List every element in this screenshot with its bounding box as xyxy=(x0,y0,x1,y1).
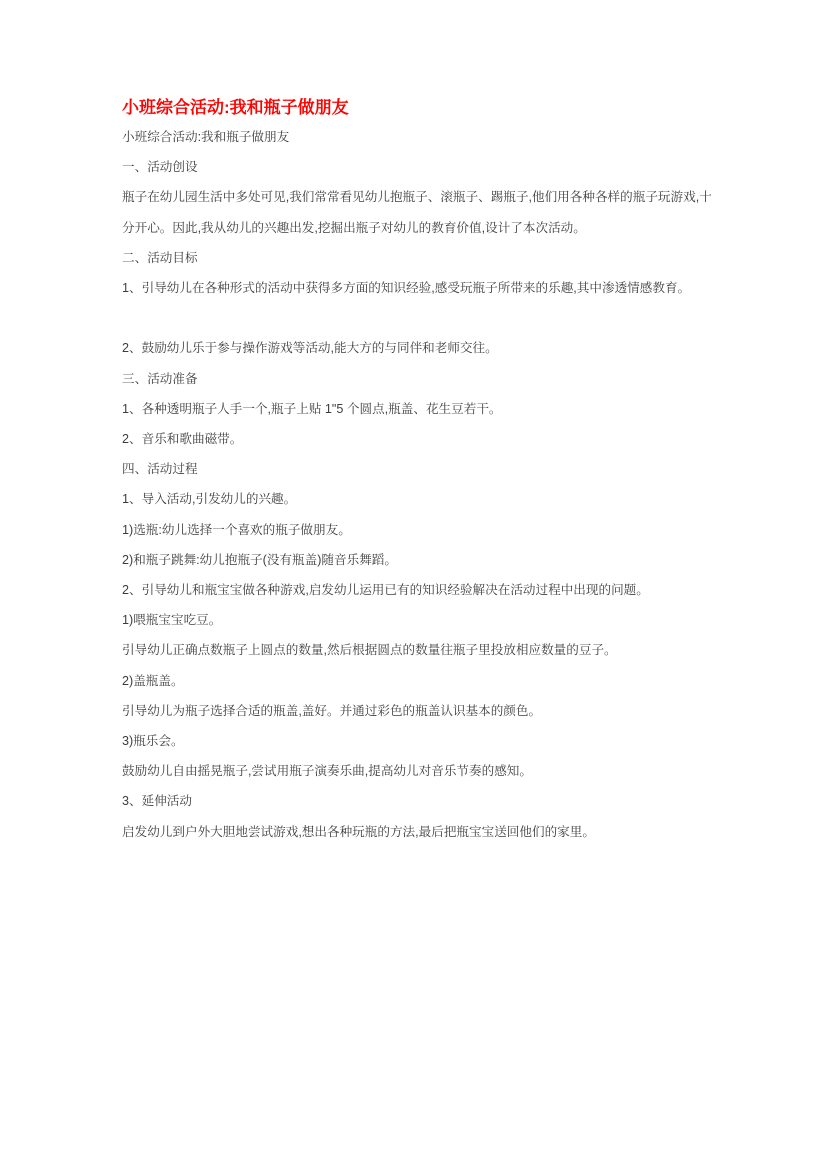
list-item-process-intro: 1、导入活动,引发幼儿的兴趣。 xyxy=(122,484,712,514)
doc-subtitle: 小班综合活动:我和瓶子做朋友 xyxy=(122,122,712,152)
section-heading-activity-origin: 一、活动创设 xyxy=(122,152,712,182)
document-content: 小班综合活动:我和瓶子做朋友 小班综合活动:我和瓶子做朋友 一、活动创设 瓶子在… xyxy=(122,97,712,847)
list-item-goal-1: 1、引导幼儿在各种形式的活动中获得多方面的知识经验,感受玩瓶子所带来的乐趣,其中… xyxy=(122,273,712,303)
sub-item-bottle-concert: 3)瓶乐会。 xyxy=(122,726,712,756)
document-title: 小班综合活动:我和瓶子做朋友 xyxy=(122,97,712,119)
paragraph-extension-detail: 启发幼儿到户外大胆地尝试游戏,想出各种玩瓶的方法,最后把瓶宝宝送回他们的家里。 xyxy=(122,817,712,847)
list-item-prep-2: 2、音乐和歌曲磁带。 xyxy=(122,424,712,454)
paragraph-concert-detail: 鼓励幼儿自由摇晃瓶子,尝试用瓶子演奏乐曲,提高幼儿对音乐节奏的感知。 xyxy=(122,756,712,786)
sub-item-choose-bottle: 1)选瓶:幼儿选择一个喜欢的瓶子做朋友。 xyxy=(122,515,712,545)
list-item-prep-1: 1、各种透明瓶子人手一个,瓶子上贴 1"5 个圆点,瓶盖、花生豆若干。 xyxy=(122,394,712,424)
sub-item-dance-with-bottle: 2)和瓶子跳舞:幼儿抱瓶子(没有瓶盖)随音乐舞蹈。 xyxy=(122,545,712,575)
paragraph-cap-detail: 引导幼儿为瓶子选择合适的瓶盖,盖好。并通过彩色的瓶盖认识基本的颜色。 xyxy=(122,696,712,726)
sub-item-cap-bottle: 2)盖瓶盖。 xyxy=(122,666,712,696)
sub-item-feed-bottle: 1)喂瓶宝宝吃豆。 xyxy=(122,605,712,635)
section-heading-process: 四、活动过程 xyxy=(122,454,712,484)
list-item-process-games: 2、引导幼儿和瓶宝宝做各种游戏,启发幼儿运用已有的知识经验解决在活动过程中出现的… xyxy=(122,575,712,605)
blank-line xyxy=(122,303,712,333)
section-heading-goals: 二、活动目标 xyxy=(122,243,712,273)
list-item-goal-2: 2、鼓励幼儿乐于参与操作游戏等活动,能大方的与同伴和老师交往。 xyxy=(122,333,712,363)
paragraph-activity-origin: 瓶子在幼儿园生活中多处可见,我们常常看见幼儿抱瓶子、滚瓶子、踢瓶子,他们用各种各… xyxy=(122,182,712,242)
paragraph-feed-detail: 引导幼儿正确点数瓶子上圆点的数量,然后根据圆点的数量往瓶子里投放相应数量的豆子。 xyxy=(122,635,712,665)
section-heading-preparation: 三、活动准备 xyxy=(122,364,712,394)
list-item-extension: 3、延伸活动 xyxy=(122,786,712,816)
document-page: 小班综合活动:我和瓶子做朋友 小班综合活动:我和瓶子做朋友 一、活动创设 瓶子在… xyxy=(0,0,827,1169)
